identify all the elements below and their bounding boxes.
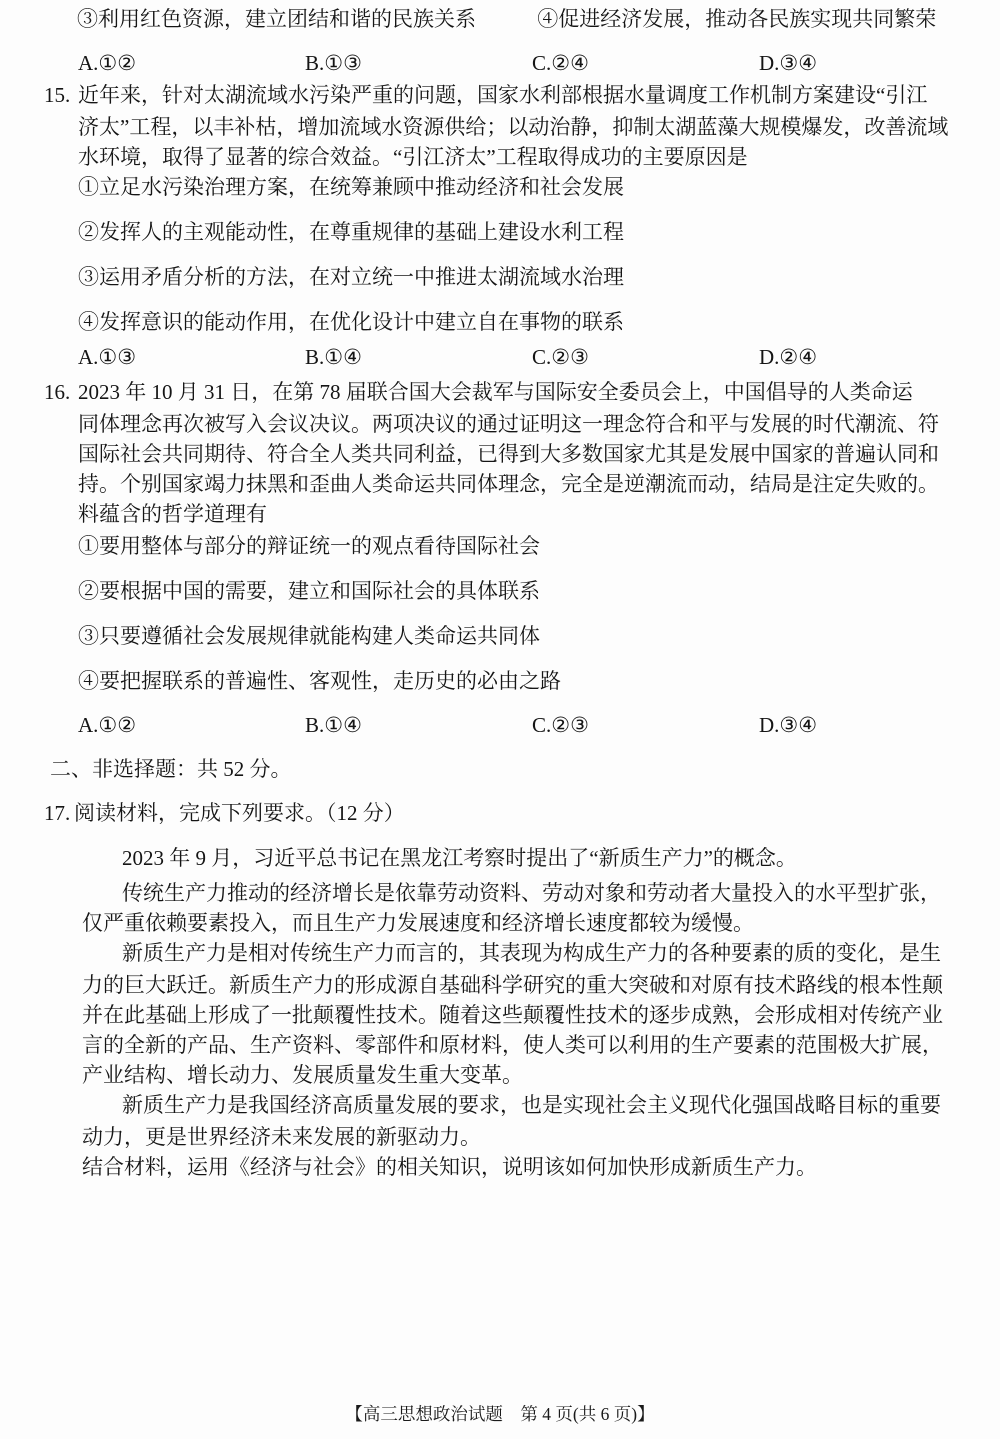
q17-material-line-4: 新质生产力是相对传统生产力而言的，其表现为构成生产力的各种要素的质的变化，是生	[0, 942, 1000, 964]
q17-material-line-8: 产业结构、增长动力、发展质量发生重大变革。	[0, 1064, 1000, 1086]
q15-stem-line-3: 水环境，取得了显著的综合效益。“引江济太”工程取得成功的主要原因是	[0, 146, 1000, 168]
q15-choice-d: D.②④	[759, 346, 986, 368]
q16-stem-line-2: 同体理念再次被写入会议决议。两项决议的通过证明这一理念符合和平与发展的时代潮流、…	[0, 413, 1000, 435]
q16-stem-line-4: 持。个别国家竭力抹黑和歪曲人类命运共同体理念，完全是逆潮流而动，结局是注定失败的…	[0, 473, 1000, 495]
q17-intro-line: 17.阅读材料，完成下列要求。（12 分）	[0, 802, 1000, 824]
q16-item-2: ②要根据中国的需要，建立和国际社会的具体联系	[0, 580, 1000, 602]
q17-material-line-9: 新质生产力是我国经济高质量发展的要求，也是实现社会主义现代化强国战略目标的重要	[0, 1094, 1000, 1116]
q15-item-4: ④发挥意识的能动作用，在优化设计中建立自在事物的联系	[0, 311, 1000, 333]
q16-choice-b: B.①④	[305, 714, 532, 736]
q16-item-3: ③只要遵循社会发展规律就能构建人类命运共同体	[0, 625, 1000, 647]
prev-question-choices-row: A.①② B.①③ C.②④ D.③④	[0, 52, 1000, 74]
prev-question-options-line: ③利用红色资源，建立团结和谐的民族关系 ④促进经济发展，推动各民族实现共同繁荣	[0, 8, 1000, 30]
q15-item-2: ②发挥人的主观能动性，在尊重规律的基础上建设水利工程	[0, 221, 1000, 243]
q16-stem-text-1: 2023 年 10 月 31 日，在第 78 届联合国大会裁军与国际安全委员会上…	[78, 381, 913, 403]
q16-item-4: ④要把握联系的普遍性、客观性，走历史的必由之路	[0, 670, 1000, 692]
q17-material-line-5: 力的巨大跃迁。新质生产力的形成源自基础科学研究的重大突破和对原有技术路线的根本性…	[0, 974, 1000, 996]
prev-question-choice-c: C.②④	[532, 52, 759, 74]
q15-stem-line-2: 济太”工程，以丰补枯，增加流域水资源供给；以动治静，抑制太湖蓝藻大规模爆发，改善…	[0, 116, 1000, 138]
q17-intro-text: 阅读材料，完成下列要求。（12 分）	[74, 802, 405, 824]
q15-item-1: ①立足水污染治理方案，在统筹兼顾中推动经济和社会发展	[0, 176, 1000, 198]
prev-question-choice-b: B.①③	[305, 52, 532, 74]
q17-task-line: 结合材料，运用《经济与社会》的相关知识，说明该如何加快形成新质生产力。	[0, 1156, 1000, 1178]
prev-question-choice-a: A.①②	[78, 52, 305, 74]
q15-item-3: ③运用矛盾分析的方法，在对立统一中推进太湖流域水治理	[0, 266, 1000, 288]
prev-question-option-3: ③利用红色资源，建立团结和谐的民族关系	[77, 8, 532, 30]
section-2-heading: 二、非选择题：共 52 分。	[0, 758, 1000, 780]
q15-stem-line-1: 15.近年来，针对太湖流域水污染严重的问题，国家水利部根据水量调度工作机制方案建…	[0, 84, 1000, 106]
q16-choice-c: C.②③	[532, 714, 759, 736]
q17-material-line-3: 仅严重依赖要素投入，而且生产力发展速度和经济增长速度都较为缓慢。	[0, 912, 1000, 934]
q16-choice-d: D.③④	[759, 714, 986, 736]
q16-choices-row: A.①② B.①④ C.②③ D.③④	[0, 714, 1000, 736]
q17-number: 17.	[44, 802, 74, 824]
q15-choice-a: A.①③	[78, 346, 305, 368]
q17-material-line-1: 2023 年 9 月，习近平总书记在黑龙江考察时提出了“新质生产力”的概念。	[0, 847, 1000, 869]
q15-choices-row: A.①③ B.①④ C.②③ D.②④	[0, 346, 1000, 368]
q15-number: 15.	[44, 84, 78, 106]
q17-material-line-7: 言的全新的产品、生产资料、零部件和原材料，使人类可以利用的生产要素的范围极大扩展…	[0, 1034, 1000, 1056]
exam-paper-page: ③利用红色资源，建立团结和谐的民族关系 ④促进经济发展，推动各民族实现共同繁荣 …	[0, 0, 1000, 1439]
q17-material-line-10: 动力，更是世界经济未来发展的新驱动力。	[0, 1126, 1000, 1148]
q15-stem-text-1: 近年来，针对太湖流域水污染严重的问题，国家水利部根据水量调度工作机制方案建设“引…	[78, 84, 927, 106]
q16-item-1: ①要用整体与部分的辩证统一的观点看待国际社会	[0, 535, 1000, 557]
page-footer: 【高三思想政治试题 第 4 页(共 6 页)】	[0, 1403, 1000, 1425]
q16-stem-line-1: 16.2023 年 10 月 31 日，在第 78 届联合国大会裁军与国际安全委…	[0, 381, 1000, 403]
q16-stem-line-5: 料蕴含的哲学道理有	[0, 503, 1000, 525]
prev-question-choice-d: D.③④	[759, 52, 986, 74]
q17-material-line-6: 并在此基础上形成了一批颠覆性技术。随着这些颠覆性技术的逐步成熟，会形成相对传统产…	[0, 1004, 1000, 1026]
prev-question-option-4: ④促进经济发展，推动各民族实现共同繁荣	[537, 8, 936, 30]
q15-choice-c: C.②③	[532, 346, 759, 368]
q16-stem-line-3: 国际社会共同期待、符合全人类共同利益，已得到大多数国家尤其是发展中国家的普遍认同…	[0, 443, 1000, 465]
q15-choice-b: B.①④	[305, 346, 532, 368]
q16-number: 16.	[44, 381, 78, 403]
q16-choice-a: A.①②	[78, 714, 305, 736]
q17-material-line-2: 传统生产力推动的经济增长是依靠劳动资料、劳动对象和劳动者大量投入的水平型扩张，	[0, 882, 1000, 904]
